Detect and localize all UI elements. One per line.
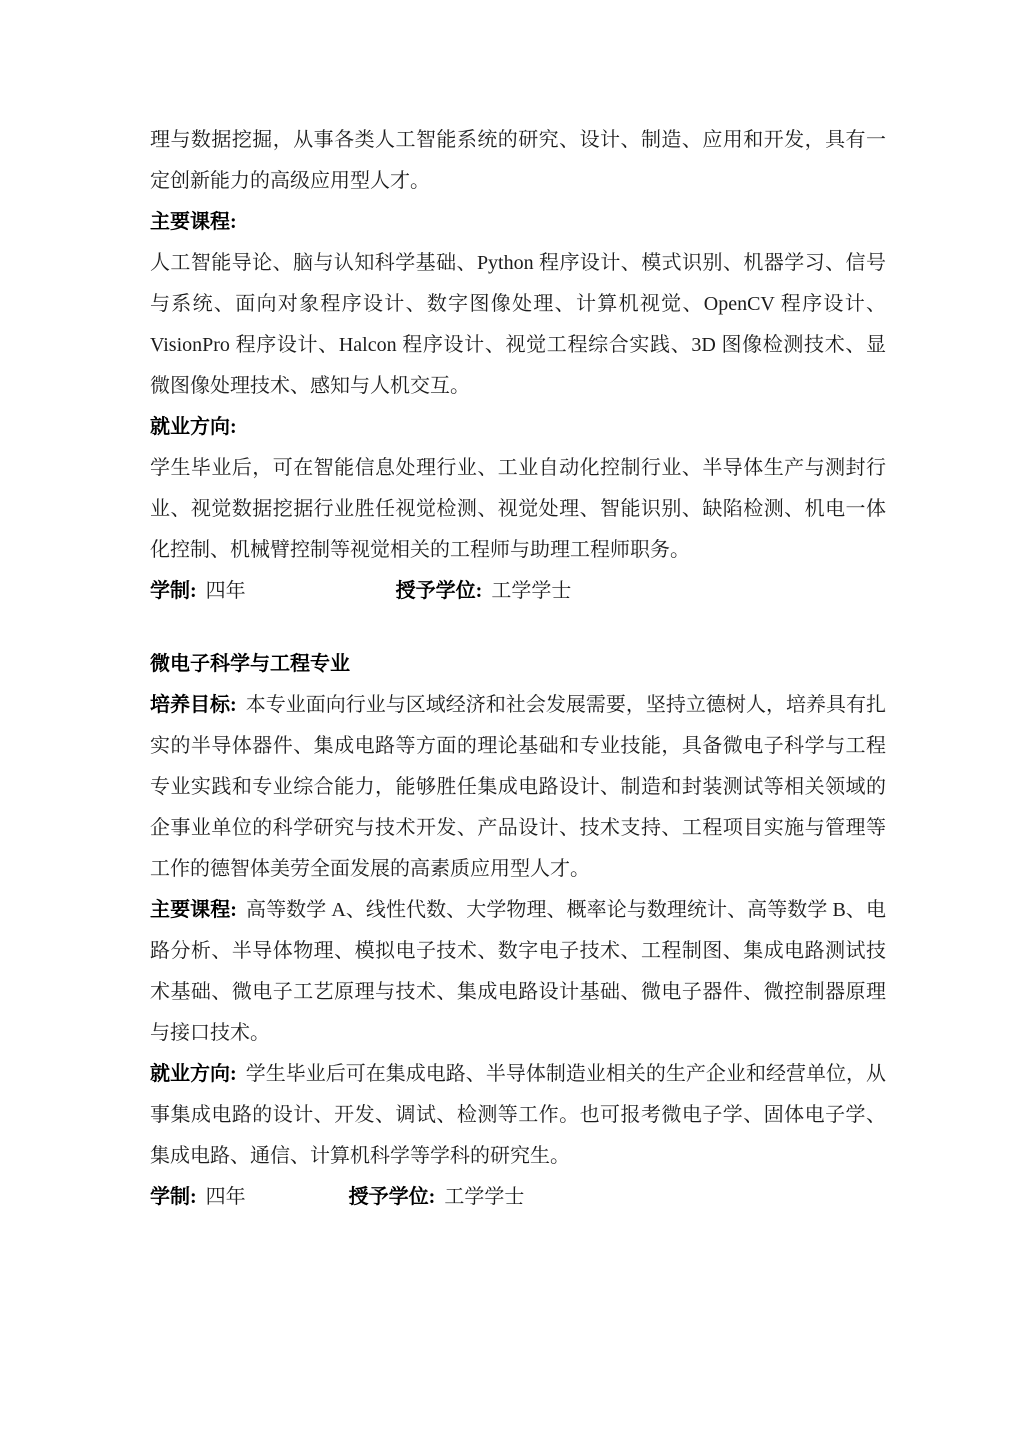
document-page: 理与数据挖掘，从事各类人工智能系统的研究、设计、制造、应用和开发，具有一定创新能… — [0, 0, 1024, 1448]
ai-degree-label: 授予学位: — [396, 580, 483, 602]
micro-objective-text: 本专业面向行业与区域经济和社会发展需要，坚持立德树人，培养具有扎实的半导体器件、… — [150, 694, 886, 880]
section-microelectronics-major: 微电子科学与工程专业 培养目标:本专业面向行业与区域经济和社会发展需要，坚持立德… — [150, 644, 886, 1218]
micro-employment-label: 就业方向: — [150, 1063, 237, 1085]
micro-employment-text: 学生毕业后可在集成电路、半导体制造业相关的生产企业和经营单位，从事集成电路的设计… — [150, 1063, 886, 1167]
micro-courses-paragraph: 主要课程:高等数学 A、线性代数、大学物理、概率论与数理统计、高等数学 B、电路… — [150, 890, 886, 1054]
ai-duration-value: 四年 — [206, 580, 246, 602]
ai-employment-text: 学生毕业后，可在智能信息处理行业、工业自动化控制行业、半导体生产与测封行业、视觉… — [150, 448, 886, 571]
document-content: 理与数据挖掘，从事各类人工智能系统的研究、设计、制造、应用和开发，具有一定创新能… — [150, 120, 886, 1218]
column-spacer — [246, 1202, 349, 1203]
micro-courses-label: 主要课程: — [150, 899, 237, 921]
micro-objective-label: 培养目标: — [150, 694, 237, 716]
micro-duration-value: 四年 — [206, 1186, 246, 1208]
ai-courses-text: 人工智能导论、脑与认知科学基础、Python 程序设计、模式识别、机器学习、信号… — [150, 243, 886, 407]
micro-employment-paragraph: 就业方向:学生毕业后可在集成电路、半导体制造业相关的生产企业和经营单位，从事集成… — [150, 1054, 886, 1177]
column-spacer — [246, 596, 396, 597]
micro-degree-value: 工学学士 — [444, 1186, 524, 1208]
micro-major-title: 微电子科学与工程专业 — [150, 644, 886, 685]
ai-employment-label: 就业方向: — [150, 407, 886, 448]
section-ai-major: 理与数据挖掘，从事各类人工智能系统的研究、设计、制造、应用和开发，具有一定创新能… — [150, 120, 886, 612]
micro-objective-paragraph: 培养目标:本专业面向行业与区域经济和社会发展需要，坚持立德树人，培养具有扎实的半… — [150, 685, 886, 890]
ai-courses-label: 主要课程: — [150, 202, 886, 243]
ai-degree-value: 工学学士 — [491, 580, 571, 602]
micro-schedule-row: 学制:四年授予学位:工学学士 — [150, 1177, 886, 1218]
ai-intro-continuation: 理与数据挖掘，从事各类人工智能系统的研究、设计、制造、应用和开发，具有一定创新能… — [150, 120, 886, 202]
ai-schedule-row: 学制:四年授予学位:工学学士 — [150, 571, 886, 612]
ai-duration-label: 学制: — [150, 580, 197, 602]
micro-courses-text: 高等数学 A、线性代数、大学物理、概率论与数理统计、高等数学 B、电路分析、半导… — [150, 899, 886, 1044]
micro-degree-label: 授予学位: — [349, 1186, 436, 1208]
micro-duration-label: 学制: — [150, 1186, 197, 1208]
